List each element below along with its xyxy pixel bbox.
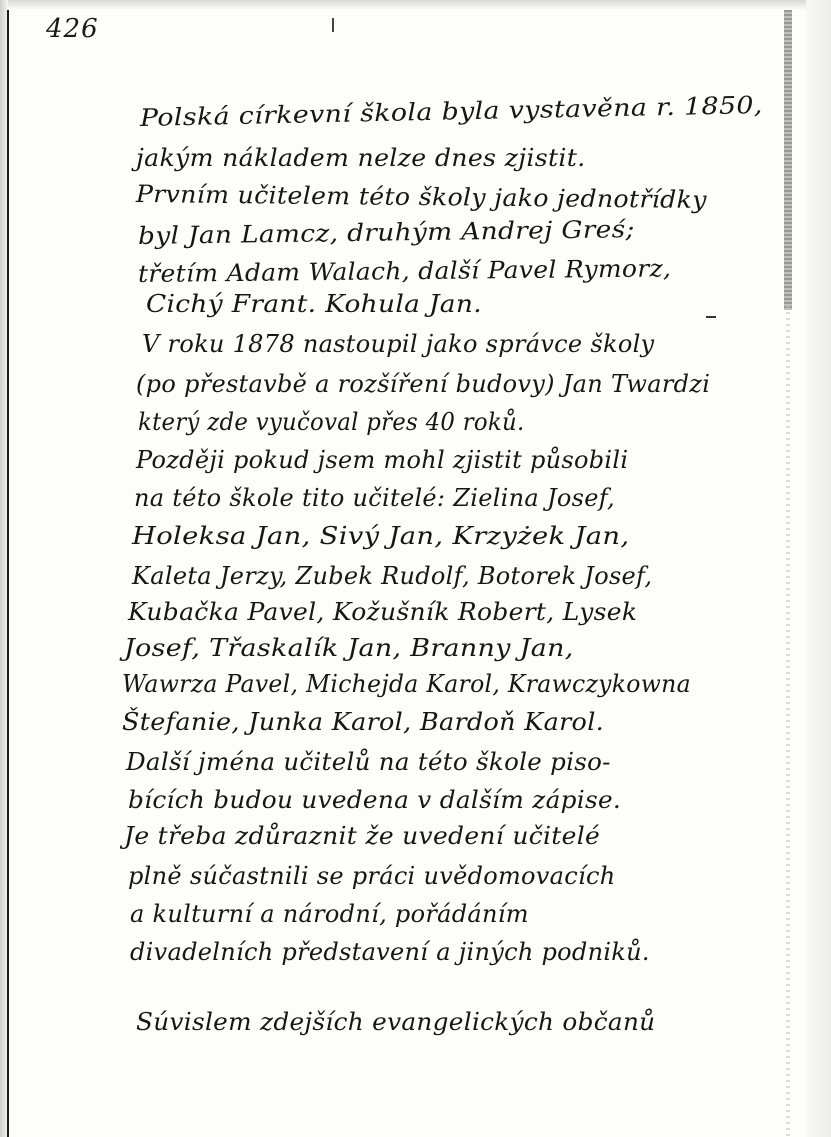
text-line: a kulturní a národní, pořádáním: [130, 900, 529, 928]
text-line: Později pokud jsem mohl zjistit působili: [136, 446, 628, 474]
text-line: Kaleta Jerzy, Zubek Rudolf, Botorek Jose…: [132, 562, 652, 590]
text-line: divadelních představení a jiných podniků…: [130, 938, 650, 966]
text-line: Prvním učitelem této školy jako jednotří…: [136, 180, 707, 214]
text-line: Josef, Třaskalík Jan, Branny Jan,: [124, 634, 574, 662]
text-line: bících budou uvedena v dalším zápise.: [128, 786, 621, 814]
text-line: třetím Adam Walach, další Pavel Rymorz,: [138, 254, 672, 288]
text-line: Wawrza Pavel, Michejda Karol, Krawczykow…: [122, 670, 691, 698]
text-line: který zde vyučoval přes 40 roků.: [138, 408, 525, 436]
text-line: Súvislem zdejších evangelických občanů: [136, 1008, 655, 1036]
text-line: Cichý Frant. Kohula Jan.: [146, 290, 482, 318]
text-line: V roku 1878 nastoupil jako správce školy: [142, 330, 654, 358]
text-line: Je třeba zdůraznit že uvedení učitelé: [124, 822, 600, 850]
text-line: Další jména učitelů na této škole piso-: [126, 748, 611, 776]
text-line: plně súčastnili se práci uvědomovacích: [128, 862, 616, 890]
handwritten-text-body: Polská církevní škola byla vystavěna r. …: [0, 0, 831, 1137]
text-line: Holeksa Jan, Sivý Jan, Krzyżek Jan,: [132, 522, 629, 550]
text-line: (po přestavbě a rozšíření budovy) Jan Tw…: [136, 370, 710, 398]
text-line: jakým nákladem nelze dnes zjistit.: [136, 144, 586, 172]
text-line: Kubačka Pavel, Kožušník Robert, Lysek: [128, 598, 637, 626]
text-line: Polská církevní škola byla vystavěna r. …: [140, 91, 763, 132]
text-line: Štefanie, Junka Karol, Bardoň Karol.: [122, 708, 604, 736]
text-line: na této škole tito učitelé: Zielina Jose…: [134, 484, 615, 512]
text-line: byl Jan Lamcz, druhým Andrej Greś;: [138, 215, 635, 250]
